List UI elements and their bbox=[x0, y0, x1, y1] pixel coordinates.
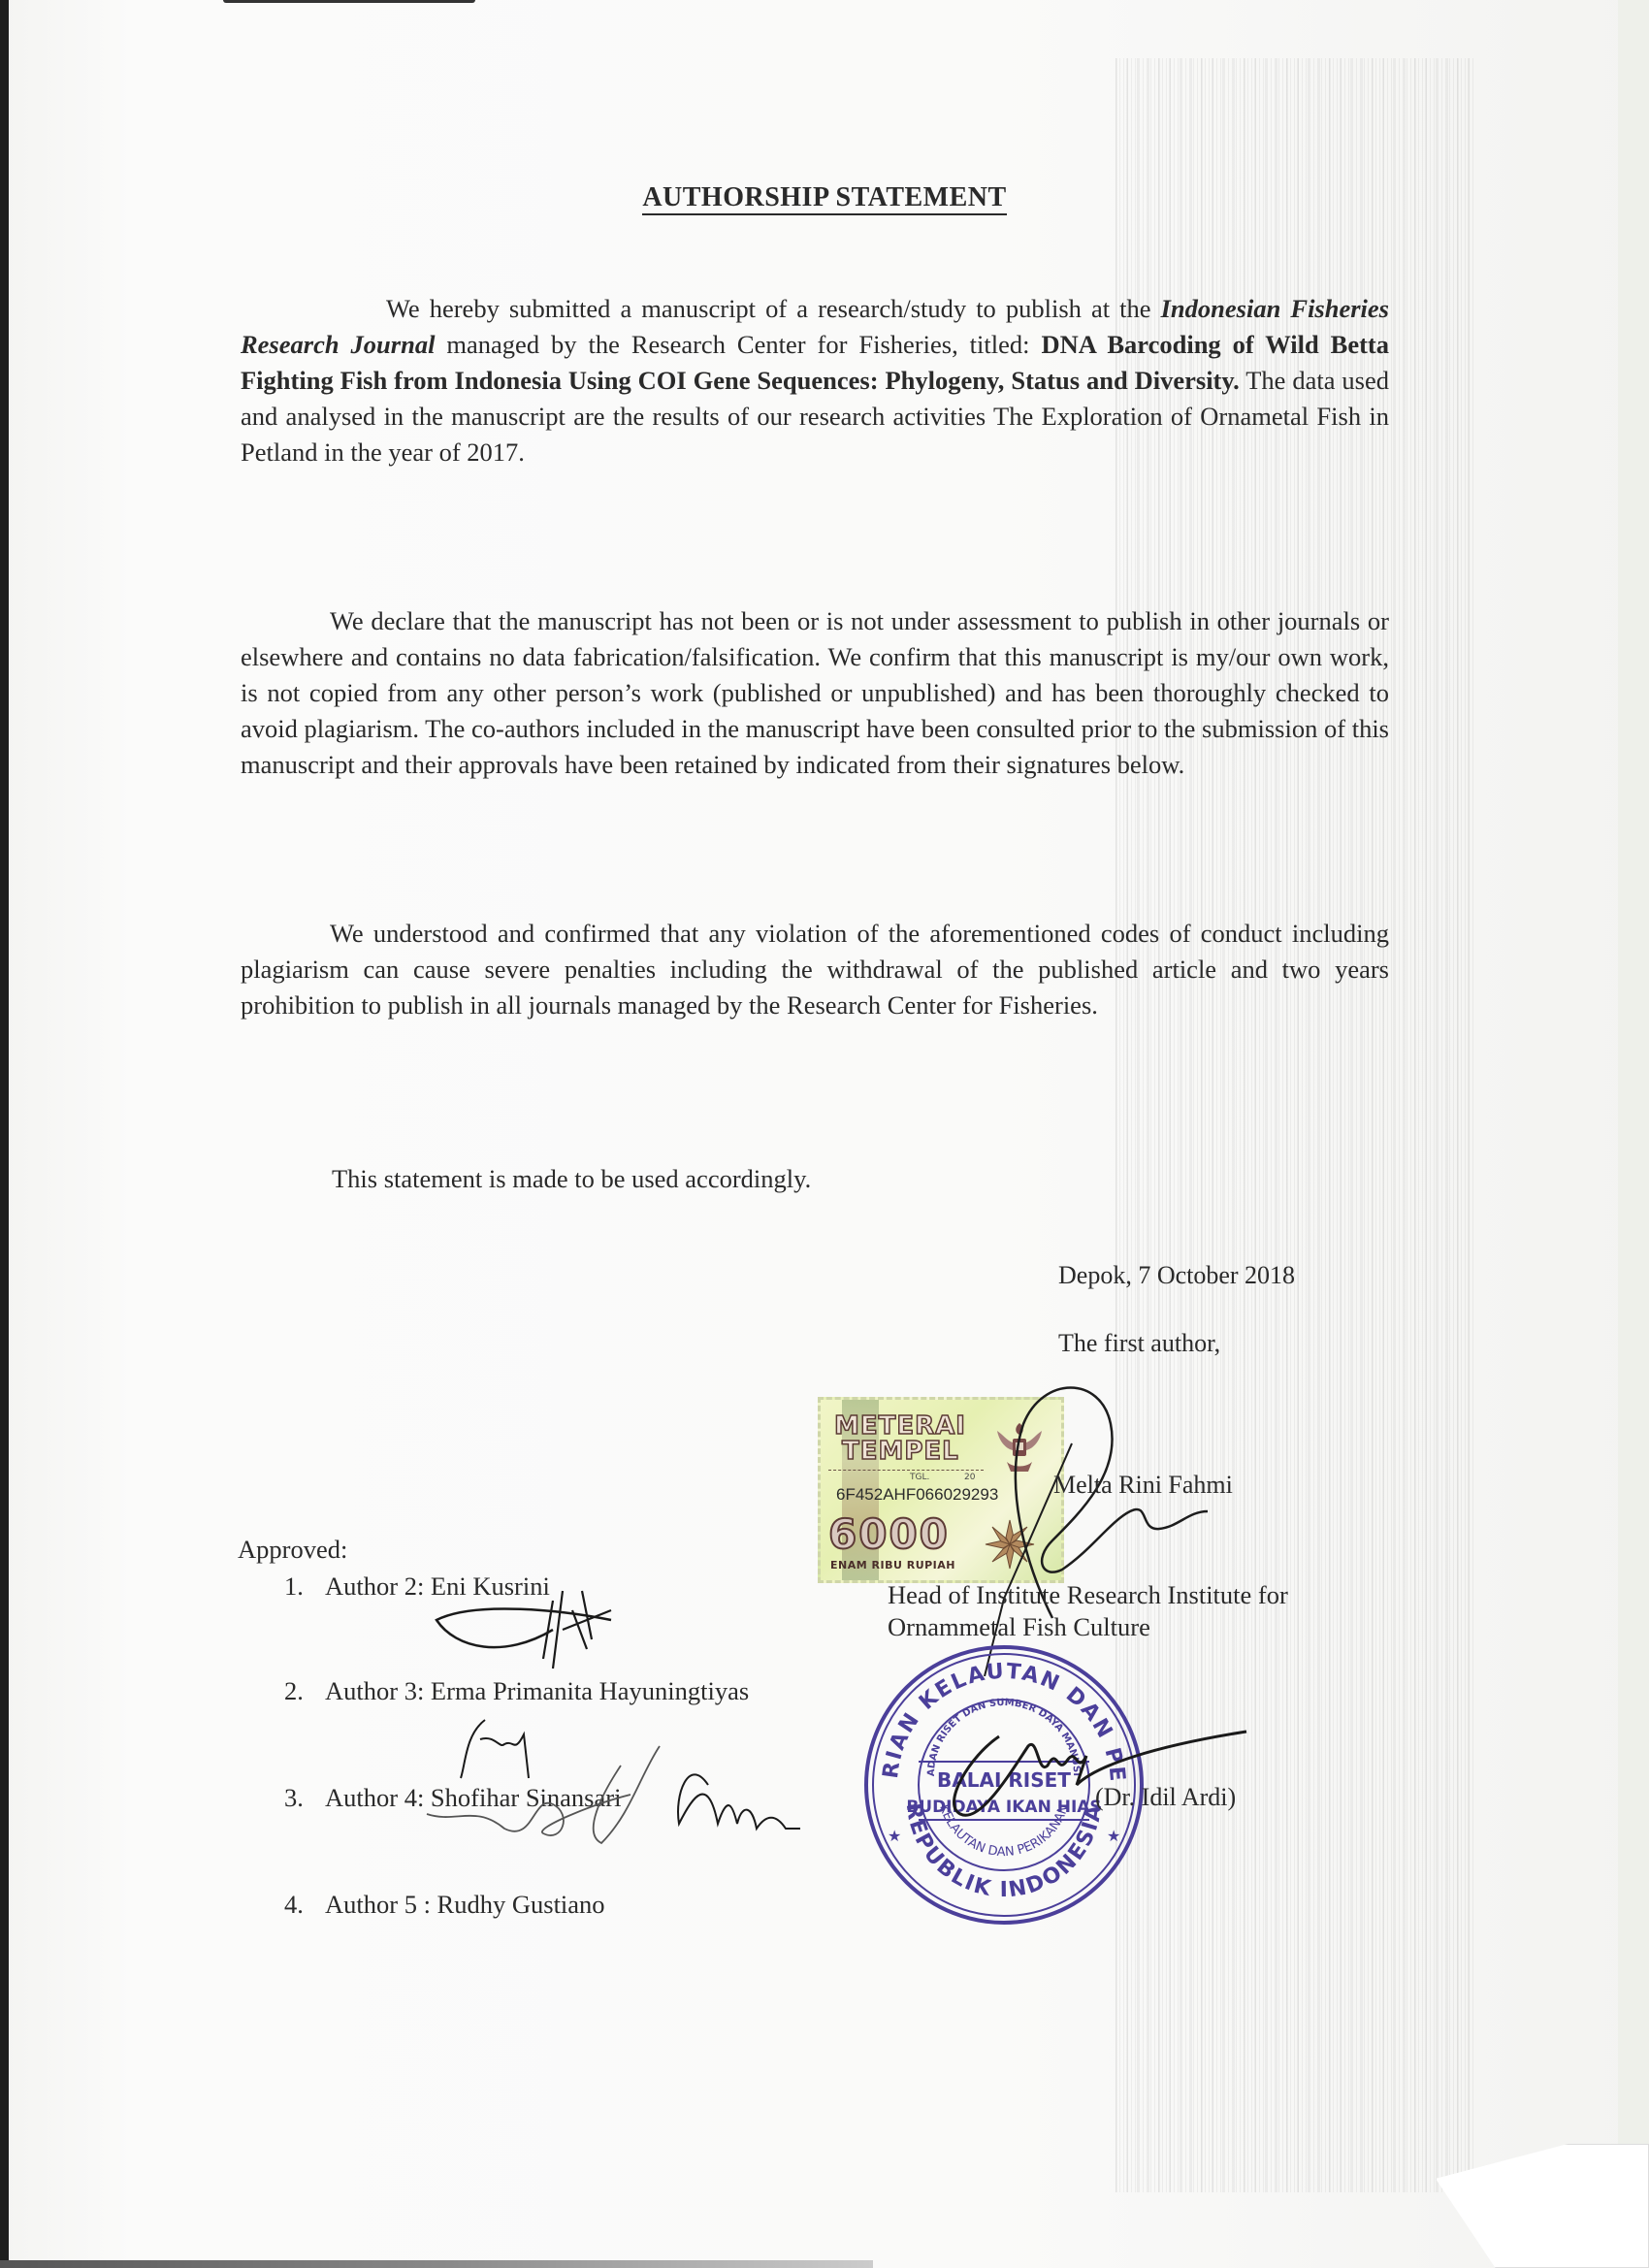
stamp-value: 6000 bbox=[828, 1514, 950, 1555]
approver-item: 4.Author 5 : Rudhy Gustiano bbox=[284, 1890, 605, 1920]
approver-item: 2.Author 3: Erma Primanita Hayuningtiyas bbox=[284, 1676, 749, 1706]
stamp-value-words: ENAM RIBU RUPIAH bbox=[830, 1559, 955, 1571]
p2-text: We declare that the manuscript has not b… bbox=[241, 603, 1389, 783]
approver-number: 4. bbox=[284, 1890, 325, 1920]
approver-number: 3. bbox=[284, 1783, 325, 1813]
first-author-name: Melta Rini Fahmi bbox=[1053, 1471, 1233, 1500]
p3-text: We understood and confirmed that any vio… bbox=[241, 916, 1389, 1023]
page-edge-right bbox=[1618, 0, 1649, 2268]
stamp-tgl-label: TGL. bbox=[910, 1473, 929, 1482]
approved-label: Approved: bbox=[238, 1535, 347, 1565]
approver-text: Author 5 : Rudhy Gustiano bbox=[325, 1890, 605, 1919]
seal-center-line-1: BALAI RISET bbox=[937, 1768, 1071, 1792]
first-author-label: The first author, bbox=[1058, 1329, 1220, 1358]
title-text: AUTHORSHIP STATEMENT bbox=[642, 182, 1006, 215]
approver-text: Author 3: Erma Primanita Hayuningtiyas bbox=[325, 1676, 749, 1705]
scanned-page: AUTHORSHIP STATEMENT We hereby submitted… bbox=[0, 0, 1649, 2268]
garuda-emblem-icon bbox=[993, 1417, 1046, 1477]
role-line-1: Head of Institute Research Institute for bbox=[888, 1579, 1392, 1611]
page-edge-bottom bbox=[0, 2260, 873, 2268]
approver-text: Author 4: Shofihar Sinansari bbox=[325, 1783, 621, 1812]
stamp-line1: METERAI bbox=[834, 1413, 966, 1439]
page-edge-top bbox=[223, 0, 475, 3]
approver-item: 3.Author 4: Shofihar Sinansari bbox=[284, 1783, 621, 1813]
seal-star-right-icon: ★ bbox=[1107, 1829, 1120, 1845]
stamp-year-prefix: 20 bbox=[964, 1473, 975, 1482]
seal-center-line-2: BUDIDAYA IKAN HIAS bbox=[906, 1798, 1101, 1817]
flower-emblem-icon bbox=[984, 1518, 1036, 1571]
p1-middle: managed by the Research Center for Fishe… bbox=[435, 330, 1041, 359]
approver-text: Author 2: Eni Kusrini bbox=[325, 1571, 550, 1601]
closing-statement: This statement is made to be used accord… bbox=[332, 1164, 811, 1194]
signature-author-3 bbox=[456, 1715, 553, 1783]
approver-number: 1. bbox=[284, 1571, 325, 1602]
head-name: (Dr. Idil Ardi) bbox=[1095, 1783, 1236, 1812]
stamp-line2: TEMPEL bbox=[842, 1439, 959, 1464]
duty-stamp: METERAI TEMPEL TGL. 20 6F452AHF066029293… bbox=[818, 1397, 1064, 1583]
document-title: AUTHORSHIP STATEMENT bbox=[0, 182, 1649, 213]
paragraph-submission: We hereby submitted a manuscript of a re… bbox=[241, 291, 1389, 470]
p1-lead: We hereby submitted a manuscript of a re… bbox=[386, 294, 1161, 323]
page-edge-left bbox=[0, 0, 9, 2268]
approver-item: 1.Author 2: Eni Kusrini bbox=[284, 1571, 550, 1602]
stamp-serial: 6F452AHF066029293 bbox=[836, 1485, 998, 1505]
paragraph-declaration: We declare that the manuscript has not b… bbox=[241, 603, 1389, 783]
seal-star-left-icon: ★ bbox=[888, 1829, 901, 1845]
approver-number: 2. bbox=[284, 1676, 325, 1706]
place-date: Depok, 7 October 2018 bbox=[1058, 1261, 1295, 1290]
paragraph-violation: We understood and confirmed that any vio… bbox=[241, 916, 1389, 1023]
stamp-rule bbox=[828, 1470, 984, 1471]
head-institute-role: Head of Institute Research Institute for… bbox=[888, 1579, 1392, 1643]
